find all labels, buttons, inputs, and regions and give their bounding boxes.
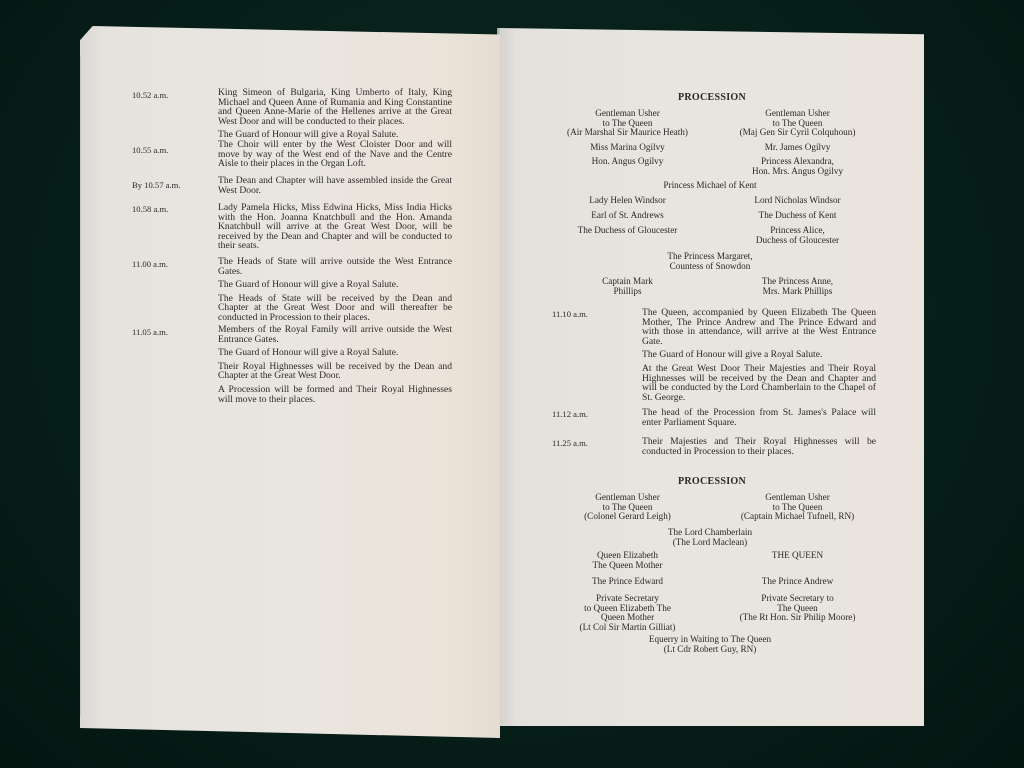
entry-paragraph: The Guard of Honour will give a Royal Sa… (642, 350, 876, 360)
entry-time: 10.52 a.m. (132, 91, 212, 101)
procession-entry-right: Private Secretary toThe Queen(The Rt Hon… (710, 594, 885, 623)
entry-time: 11.25 a.m. (552, 439, 632, 449)
procession-entry-left: Queen ElizabethThe Queen Mother (540, 551, 715, 570)
left-page: 10.52 a.m. King Simeon of Bulgaria, King… (80, 26, 500, 738)
entry-time: 10.58 a.m. (132, 205, 212, 215)
procession-line: Duchess of Gloucester (710, 236, 885, 246)
entry-paragraph: The Guard of Honour will give a Royal Sa… (218, 280, 452, 290)
entry-paragraph: The Queen, accompanied by Queen Elizabet… (642, 308, 876, 346)
procession-entry-right: Gentleman Usherto The Queen(Maj Gen Sir … (710, 109, 885, 138)
entry-paragraph: The Heads of State will be received by t… (218, 294, 452, 323)
entry-time: 10.55 a.m. (132, 146, 212, 156)
procession-line: The Prince Edward (540, 577, 715, 587)
entry-time: 11.12 a.m. (552, 410, 632, 420)
procession-line: (Lt Cdr Robert Guy, RN) (580, 645, 840, 655)
procession-line: Mr. James Ogilvy (710, 143, 885, 153)
entry-paragraph: A Procession will be formed and Their Ro… (218, 385, 452, 404)
procession-entry-left: Earl of St. Andrews (540, 211, 715, 221)
entry-paragraph: The Dean and Chapter will have assembled… (218, 176, 452, 195)
procession-line: The Prince Andrew (710, 577, 885, 587)
procession-heading: PROCESSION (500, 476, 924, 487)
procession-line: Hon. Angus Ogilvy (540, 157, 715, 167)
procession-entry-center: Princess Michael of Kent (580, 181, 840, 191)
procession-line: (Colonel Gerard Leigh) (540, 512, 715, 522)
procession-line: Phillips (540, 287, 715, 297)
procession-line: (Lt Col Sir Martin Gilliat) (540, 623, 715, 633)
procession-heading: PROCESSION (500, 92, 924, 103)
procession-line: (Air Marshal Sir Maurice Heath) (540, 128, 715, 138)
procession-line: Lord Nicholas Windsor (710, 196, 885, 206)
procession-entry-center: The Princess Margaret,Countess of Snowdo… (580, 252, 840, 271)
procession-line: (The Rt Hon. Sir Philip Moore) (710, 613, 885, 623)
entry-time: 11.10 a.m. (552, 310, 632, 320)
entry-text: King Simeon of Bulgaria, King Umberto of… (218, 88, 452, 144)
procession-line: Miss Marina Ogilvy (540, 143, 715, 153)
entry-paragraph: The Guard of Honour will give a Royal Sa… (218, 348, 452, 358)
procession-line: THE QUEEN (710, 551, 885, 561)
procession-entry-left: Hon. Angus Ogilvy (540, 157, 715, 167)
entry-paragraph: At the Great West Door Their Majesties a… (642, 364, 876, 402)
procession-entry-right: Princess Alexandra,Hon. Mrs. Angus Ogilv… (710, 157, 885, 176)
entry-paragraph: The Heads of State will arrive outside t… (218, 257, 452, 276)
entry-paragraph: Members of the Royal Family will arrive … (218, 325, 452, 344)
entry-text: The Queen, accompanied by Queen Elizabet… (642, 308, 876, 406)
procession-entry-right: The Prince Andrew (710, 577, 885, 587)
entry-text: Members of the Royal Family will arrive … (218, 325, 452, 408)
procession-entry-left: The Prince Edward (540, 577, 715, 587)
entry-text: The Choir will enter by the West Cloiste… (218, 140, 452, 173)
entry-paragraph: The head of the Procession from St. Jame… (642, 408, 876, 427)
procession-entry-right: The Duchess of Kent (710, 211, 885, 221)
procession-line: Princess Michael of Kent (580, 181, 840, 191)
entry-paragraph: Their Majesties and Their Royal Highness… (642, 437, 876, 456)
procession-line: The Duchess of Kent (710, 211, 885, 221)
procession-line: Hon. Mrs. Angus Ogilvy (710, 167, 885, 177)
entry-text: The Dean and Chapter will have assembled… (218, 176, 452, 199)
procession-line: (Captain Michael Tufnell, RN) (710, 512, 885, 522)
procession-entry-left: Gentleman Usherto The Queen(Colonel Gera… (540, 493, 715, 522)
entry-time: 11.00 a.m. (132, 260, 212, 270)
procession-line: (The Lord Maclean) (580, 538, 840, 548)
entry-text: Their Majesties and Their Royal Highness… (642, 437, 876, 460)
procession-entry-right: Mr. James Ogilvy (710, 143, 885, 153)
procession-entry-right: THE QUEEN (710, 551, 885, 561)
procession-entry-left: Captain MarkPhillips (540, 277, 715, 296)
procession-entry-left: The Duchess of Gloucester (540, 226, 715, 236)
entry-text: Lady Pamela Hicks, Miss Edwina Hicks, Mi… (218, 203, 452, 255)
procession-entry-left: Private Secretaryto Queen Elizabeth TheQ… (540, 594, 715, 632)
entry-paragraph: The Choir will enter by the West Cloiste… (218, 140, 452, 169)
procession-entry-left: Miss Marina Ogilvy (540, 143, 715, 153)
procession-entry-center: The Lord Chamberlain(The Lord Maclean) (580, 528, 840, 547)
procession-line: The Queen Mother (540, 561, 715, 571)
procession-line: Earl of St. Andrews (540, 211, 715, 221)
procession-entry-right: The Princess Anne,Mrs. Mark Phillips (710, 277, 885, 296)
procession-entry-center: Equerry in Waiting to The Queen(Lt Cdr R… (580, 635, 840, 654)
entry-paragraph: King Simeon of Bulgaria, King Umberto of… (218, 88, 452, 126)
procession-entry-right: Lord Nicholas Windsor (710, 196, 885, 206)
procession-entry-right: Princess Alice,Duchess of Gloucester (710, 226, 885, 245)
entry-text: The head of the Procession from St. Jame… (642, 408, 876, 431)
procession-entry-left: Gentleman Usherto The Queen(Air Marshal … (540, 109, 715, 138)
entry-text: The Heads of State will arrive outside t… (218, 257, 452, 327)
procession-entry-right: Gentleman Usherto The Queen(Captain Mich… (710, 493, 885, 522)
entry-paragraph: Their Royal Highnesses will be received … (218, 362, 452, 381)
procession-line: Lady Helen Windsor (540, 196, 715, 206)
procession-line: Mrs. Mark Phillips (710, 287, 885, 297)
entry-time: 11.05 a.m. (132, 328, 212, 338)
procession-line: Countess of Snowdon (580, 262, 840, 272)
procession-line: (Maj Gen Sir Cyril Colquhoun) (710, 128, 885, 138)
entry-paragraph: Lady Pamela Hicks, Miss Edwina Hicks, Mi… (218, 203, 452, 251)
procession-entry-left: Lady Helen Windsor (540, 196, 715, 206)
right-page: PROCESSION Gentleman Usherto The Queen(A… (500, 28, 924, 726)
entry-time: By 10.57 a.m. (132, 181, 212, 191)
procession-line: The Duchess of Gloucester (540, 226, 715, 236)
